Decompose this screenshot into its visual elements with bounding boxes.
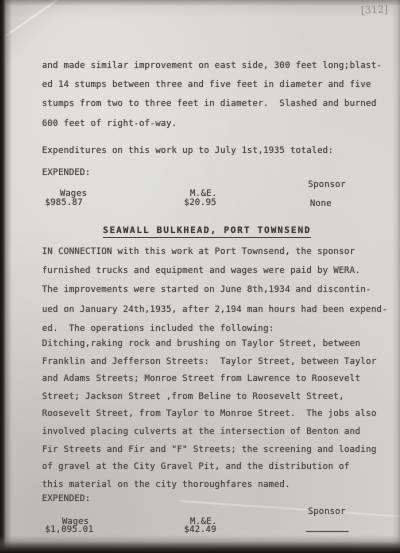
expended-label: EXPENDED:: [42, 168, 91, 178]
text-line: this material on the city thoroughfares …: [42, 477, 390, 495]
text-line: Roosevelt Street, from Taylor to Monroe …: [42, 406, 390, 424]
text-line: The improvements were started on June 8t…: [42, 281, 390, 300]
text-line: involved placing culverts at the interse…: [42, 424, 390, 442]
section-heading-wrap: SEAWALL BULKHEAD, PORT TOWNSEND: [42, 218, 372, 238]
text-line: Ditching,raking rock and brushing on Tay…: [42, 336, 390, 354]
scanned-document-page: [312] and made similar improvement on ea…: [0, 0, 400, 553]
text-line: and made similar improvement on east sid…: [42, 57, 390, 76]
text-line: furnished trucks and equipment and wages…: [42, 262, 390, 281]
text-line: 600 feet of right-of-way.: [42, 115, 390, 134]
wages-value: $1,095.01: [45, 525, 94, 535]
expended-label: EXPENDED:: [42, 494, 91, 504]
paragraph-in-connection: IN CONNECTION with this work at Port Tow…: [42, 243, 390, 339]
text-line: Franklin and Jefferson Streets: Taylor S…: [42, 354, 390, 372]
scan-edge-left: [0, 0, 12, 553]
scan-edge-right: [392, 0, 400, 553]
paragraph-operations: Ditching,raking rock and brushing on Tay…: [42, 336, 390, 494]
expended-table-2: EXPENDED: Sponsor Wages M.&E. $1,095.01 …: [0, 494, 400, 539]
me-value: $42.49: [184, 525, 216, 535]
wages-value: $985.87: [45, 198, 83, 208]
text-line: ued on January 24th,1935, after 2,194 ma…: [42, 301, 390, 320]
section-heading: SEAWALL BULKHEAD, PORT TOWNSEND: [103, 226, 311, 238]
sponsor-column-header: Sponsor: [308, 507, 346, 517]
paper-crease-top-left: [0, 0, 80, 54]
text-line: stumps from two to three feet in diamete…: [42, 95, 390, 114]
paragraph-east-side-improvement: and made similar improvement on east sid…: [42, 57, 390, 134]
text-line: IN CONNECTION with this work at Port Tow…: [42, 243, 390, 262]
sponsor-value-blank: ________: [306, 523, 348, 533]
sponsor-value: None: [310, 199, 332, 209]
text-line: Fir Streets and Fir and "F" Streets; the…: [42, 442, 390, 460]
text-line: and Adams Streets; Monroe Street from La…: [42, 371, 390, 389]
expended-table-1: EXPENDED: Sponsor Wages M.&E. $985.87 $2…: [0, 168, 400, 216]
me-value: $20.95: [184, 198, 216, 208]
text-line: of gravel at the City Gravel Pit, and th…: [42, 459, 390, 477]
handwritten-page-number: [312]: [361, 4, 388, 16]
expenditures-intro-line: Expenditures on this work up to July 1st…: [42, 146, 333, 156]
sponsor-column-header: Sponsor: [308, 180, 346, 190]
text-line: ed 14 stumps between three and five feet…: [42, 76, 390, 95]
scan-edge-top: [0, 0, 400, 6]
text-line: Street; Jackson Street ,from Beline to R…: [42, 389, 390, 407]
